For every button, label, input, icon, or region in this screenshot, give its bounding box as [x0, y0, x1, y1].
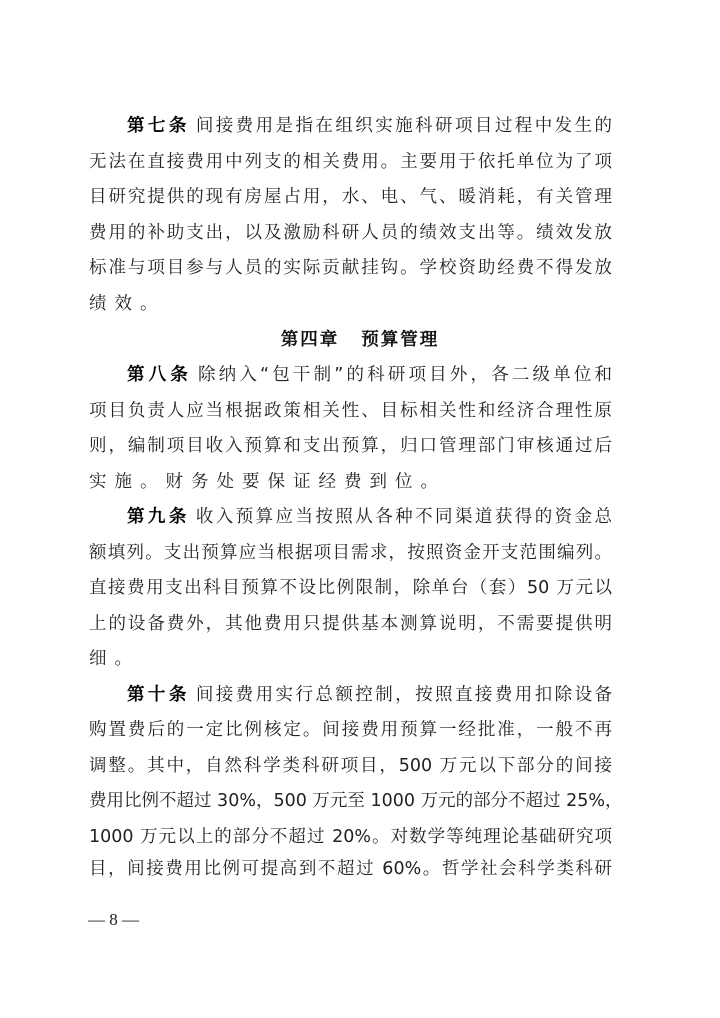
- article-9-line-4: 上的设备费外，其他费用只提供基本测算说明，不需要提供明: [89, 606, 612, 642]
- article-9-text: 收入预算应当按照从各种不同渠道获得的资金总: [196, 507, 612, 527]
- article-8-text: 除纳入“包干制”的科研项目外，各二级单位和: [198, 365, 612, 385]
- article-9-line-1: 第九条收入预算应当按照从各种不同渠道获得的资金总: [127, 499, 612, 535]
- article-9-line-3: 直接费用支出科目预算不设比例限制，除单台（套）50 万元以: [89, 570, 612, 606]
- article-10-line-5: 1000 万元以上的部分不超过 20%。对数学等纯理论基础研究项: [89, 819, 612, 855]
- article-10-line-2: 购置费后的一定比例核定。间接费用预算一经批准，一般不再: [89, 712, 612, 748]
- article-7-line-3: 目研究提供的现有房屋占用，水、电、气、暖消耗，有关管理: [89, 179, 612, 215]
- article-8-line-4: 实施。财务处要保证经费到位。: [89, 464, 612, 500]
- article-10-line-6: 目，间接费用比例可提高到不超过 60%。哲学社会科学类科研: [89, 851, 612, 887]
- article-8-line-1: 第八条除纳入“包干制”的科研项目外，各二级单位和: [127, 357, 612, 393]
- document-page: 第七条间接费用是指在组织实施科研项目过程中发生的 无法在直接费用中列支的相关费用…: [0, 0, 720, 1018]
- article-7-label: 第七条: [127, 116, 190, 136]
- article-8-line-2: 项目负责人应当根据政策相关性、目标相关性和经济合理性原: [89, 393, 612, 429]
- article-10-line-3: 调整。其中，自然科学类科研项目，500 万元以下部分的间接: [89, 748, 612, 784]
- article-7-line-4: 费用的补助支出，以及激励科研人员的绩效支出等。绩效发放: [89, 215, 612, 251]
- article-9-line-5: 细。: [89, 641, 612, 677]
- article-9-line-2: 额填列。支出预算应当根据项目需求，按照资金开支范围编列。: [89, 535, 612, 571]
- chapter-heading: 第四章预算管理: [0, 322, 720, 358]
- article-7-line-6: 绩效。: [89, 286, 612, 322]
- article-7-line-1: 第七条间接费用是指在组织实施科研项目过程中发生的: [127, 108, 612, 144]
- chapter-number: 第四章: [281, 330, 340, 350]
- article-10-label: 第十条: [127, 685, 190, 705]
- article-10-line-1: 第十条间接费用实行总额控制，按照直接费用扣除设备: [127, 677, 612, 713]
- article-7-line-2: 无法在直接费用中列支的相关费用。主要用于依托单位为了项: [89, 144, 612, 180]
- article-7-text: 间接费用是指在组织实施科研项目过程中发生的: [196, 116, 612, 136]
- page-number: — 8 —: [88, 906, 139, 934]
- article-9-label: 第九条: [127, 507, 190, 527]
- article-8-line-3: 则，编制项目收入预算和支出预算，归口管理部门审核通过后: [89, 428, 612, 464]
- article-10-text: 间接费用实行总额控制，按照直接费用扣除设备: [196, 685, 612, 705]
- article-8-label: 第八条: [127, 365, 192, 385]
- article-10-line-4: 费用比例不超过 30%，500 万元至 1000 万元的部分不超过 25%，: [89, 783, 612, 819]
- chapter-title: 预算管理: [361, 330, 439, 350]
- article-7-line-5: 标准与项目参与人员的实际贡献挂钩。学校资助经费不得发放: [89, 250, 612, 286]
